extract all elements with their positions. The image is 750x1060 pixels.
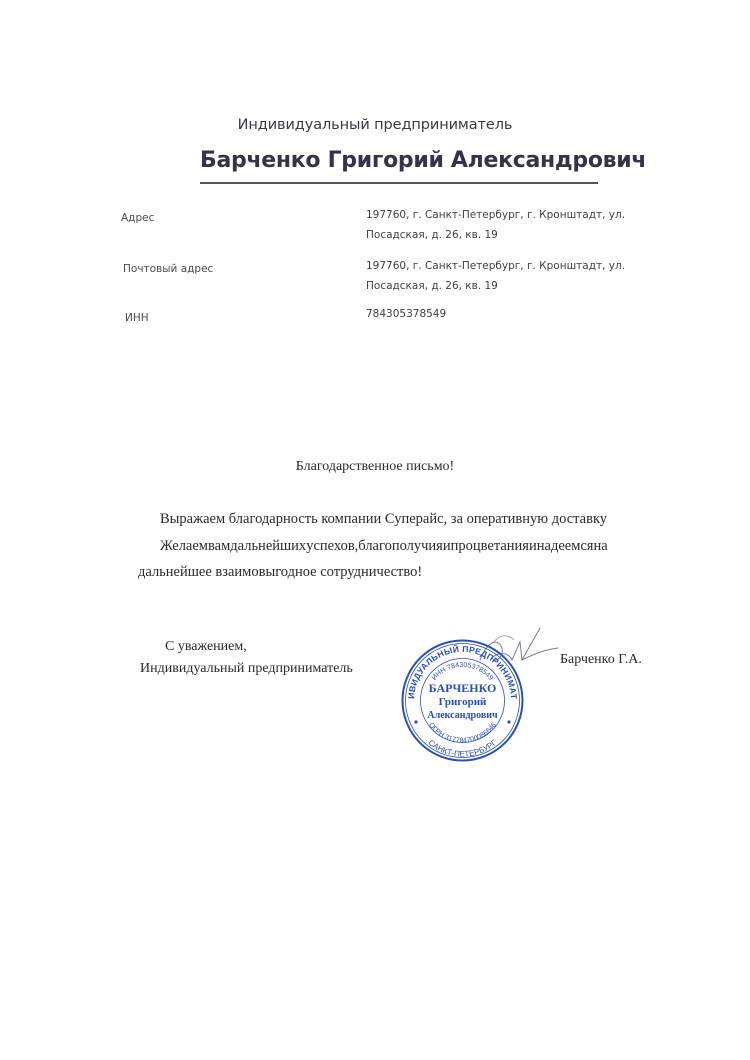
word: и [443, 538, 451, 555]
stamp-first-name: Григорий [439, 696, 487, 708]
header-divider [200, 182, 598, 184]
header-subtitle: Индивидуальный предприниматель [0, 117, 750, 133]
word: вам [208, 538, 230, 555]
letter-line-3: дальнейшее взаимовыгодное сотрудничество… [138, 564, 422, 581]
closing-position: Индивидуальный предприниматель [140, 661, 353, 677]
signer-name: Барченко Г.А. [560, 652, 642, 668]
inn-label: ИНН [125, 312, 149, 324]
word: и [529, 538, 537, 555]
word: успехов, [306, 538, 358, 555]
postal-address-line-1: 197760, г. Санкт-Петербург, г. Кронштадт… [366, 256, 626, 276]
closing-regards: С уважением, [165, 639, 247, 655]
postal-address-label: Почтовый адрес [123, 263, 213, 275]
company-stamp: ИНДИВИДУАЛЬНЫЙ ПРЕДПРИНИМАТЕЛЬ ИНН 78430… [400, 638, 525, 763]
address-value: 197760, г. Санкт-Петербург, г. Кронштадт… [366, 205, 626, 245]
stamp-dot-left [414, 720, 417, 723]
word: благополучия [358, 538, 443, 555]
word: Желаем [160, 538, 208, 555]
address-line-2: Посадская, д. 26, кв. 19 [366, 225, 626, 245]
letter-line-2: Желаем вам дальнейших успехов, благополу… [160, 538, 596, 555]
letter-title: Благодарственное письмо! [0, 459, 750, 475]
document-page: Индивидуальный предприниматель Барченко … [0, 0, 750, 1060]
word: надеемся [537, 538, 594, 555]
word: процветания [451, 538, 529, 555]
stamp-dot-right [507, 720, 510, 723]
address-line-1: 197760, г. Санкт-Петербург, г. Кронштадт… [366, 205, 626, 225]
svg-text:ОГРН 317784700086646: ОГРН 317784700086646 [427, 722, 498, 745]
stamp-surname: БАРЧЕНКО [429, 681, 497, 695]
stamp-patronymic: Александрович [427, 710, 498, 721]
header-name: Барченко Григорий Александрович [200, 148, 600, 173]
address-label: Адрес [121, 212, 154, 224]
word: дальнейших [230, 538, 306, 555]
inn-number: 784305378549 [366, 304, 626, 324]
letter-line-1: Выражаем благодарность компании Суперайс… [160, 511, 607, 528]
inn-value: 784305378549 [366, 304, 626, 324]
stamp-ogrn: ОГРН 317784700086646 [427, 722, 498, 745]
word: на [593, 538, 607, 555]
postal-address-line-2: Посадская, д. 26, кв. 19 [366, 276, 626, 296]
postal-address-value: 197760, г. Санкт-Петербург, г. Кронштадт… [366, 256, 626, 296]
